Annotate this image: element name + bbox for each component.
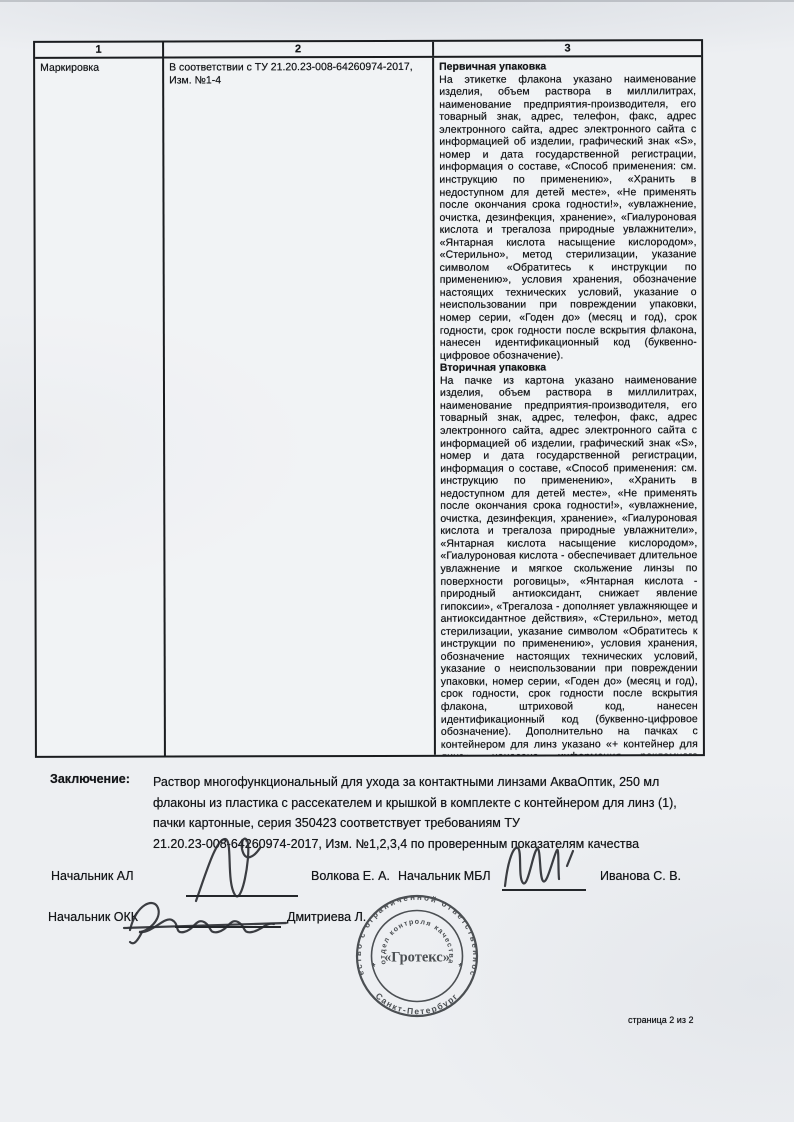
primary-packaging-heading: Первичная упаковка [439,60,696,73]
requirement-line-1: В соответствии с ТУ 21.20.23-008-6426097… [169,61,427,75]
secondary-packaging-heading: Вторичная упаковка [440,361,697,374]
signature-mbl-autograph [497,839,592,894]
table-header-col3: 3 [434,41,701,56]
stamp-star-right-icon: * [459,962,463,973]
page-number: страница 2 из 2 [628,1015,693,1025]
company-round-stamp: Общество с ограниченной ответственностью… [347,886,487,1026]
stamp-company-name: «Гротекс» [384,950,450,966]
table-header-col2: 2 [164,42,434,57]
signature-stroke [505,848,559,886]
signature-stroke [130,932,142,943]
table-row: Маркировка В соответствии с ТУ 21.20.23-… [35,57,703,756]
table-header-col1: 1 [35,43,164,57]
stamp-star-left-icon: * [372,962,376,973]
signature-line-okk [175,926,281,928]
requirement-line-2: Изм. №1-4 [169,74,427,88]
signature-role-head-al: Начальник АЛ [51,869,134,883]
parameter-label: Маркировка [40,62,99,74]
secondary-packaging-text: На пачке из картона указано наименование… [440,374,698,756]
parameter-cell: Маркировка [35,59,166,756]
requirement-cell: В соответствии с ТУ 21.20.23-008-6426097… [164,58,436,756]
signature-stroke [567,851,573,866]
result-cell: Первичная упаковка На этикетке флакона у… [434,57,703,755]
table-header-row: 1 2 3 [35,41,701,59]
conclusion-line-2: флаконы из пластика с рассекателем и кры… [153,793,733,814]
scanned-certificate-page: 1 2 3 Маркировка В соответствии с ТУ 21.… [0,0,794,1122]
stamp-city-text: Санкт-Петербург [374,991,461,1017]
signature-name-volkova: Волкова Е. А. [311,869,390,883]
signature-name-ivanova: Иванова С. В. [600,869,681,883]
marking-spec-table: 1 2 3 Маркировка В соответствии с ТУ 21.… [33,39,705,758]
conclusion-label: Заключение: [50,772,130,786]
signature-role-head-mbl: Начальник МБЛ [398,869,491,883]
signature-okk-autograph [118,892,298,948]
conclusion-line-1: Раствор многофункциональный для ухода за… [153,772,733,793]
signature-line-mbl [502,889,586,891]
primary-packaging-text: На этикетке флакона указано наименование… [439,73,697,362]
scan-edge-artifact [0,0,794,2]
